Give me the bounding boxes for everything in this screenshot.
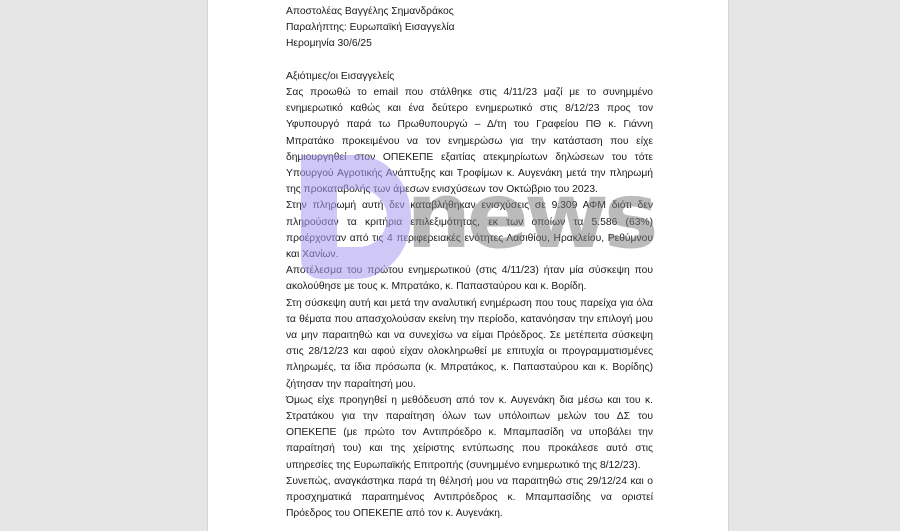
paragraph: Συνεπώς, αναγκάστηκα παρά τη θέλησή μου … — [286, 474, 653, 523]
salutation: Αξιότιμες/οι Εισαγγελείς — [286, 69, 653, 85]
paragraph: Σας προωθώ το email που στάλθηκε στις 4/… — [286, 85, 653, 198]
date-line: Ηερομηνία 30/6/25 — [286, 36, 653, 52]
blank-line — [286, 53, 653, 69]
paragraph: Αποτέλεσμα του πρώτου ενημερωτικού (στις… — [286, 263, 653, 295]
recipient-line: Παραλήπτης: Ευρωπαϊκή Εισαγγελία — [286, 20, 653, 36]
document-page: Αποστολέας Βαγγέλης Σημανδράκος Παραλήπτ… — [207, 0, 729, 531]
paragraph: Στην πληρωμή αυτή δεν καταβλήθηκαν ενισχ… — [286, 198, 653, 263]
paragraph: Στη σύσκεψη αυτή και μετά την αναλυτική … — [286, 296, 653, 393]
sender-line: Αποστολέας Βαγγέλης Σημανδράκος — [286, 4, 653, 20]
paragraph: Όμως είχε προηγηθεί η μεθόδευση από τον … — [286, 393, 653, 474]
letter-body: Αποστολέας Βαγγέλης Σημανδράκος Παραλήπτ… — [286, 4, 653, 522]
